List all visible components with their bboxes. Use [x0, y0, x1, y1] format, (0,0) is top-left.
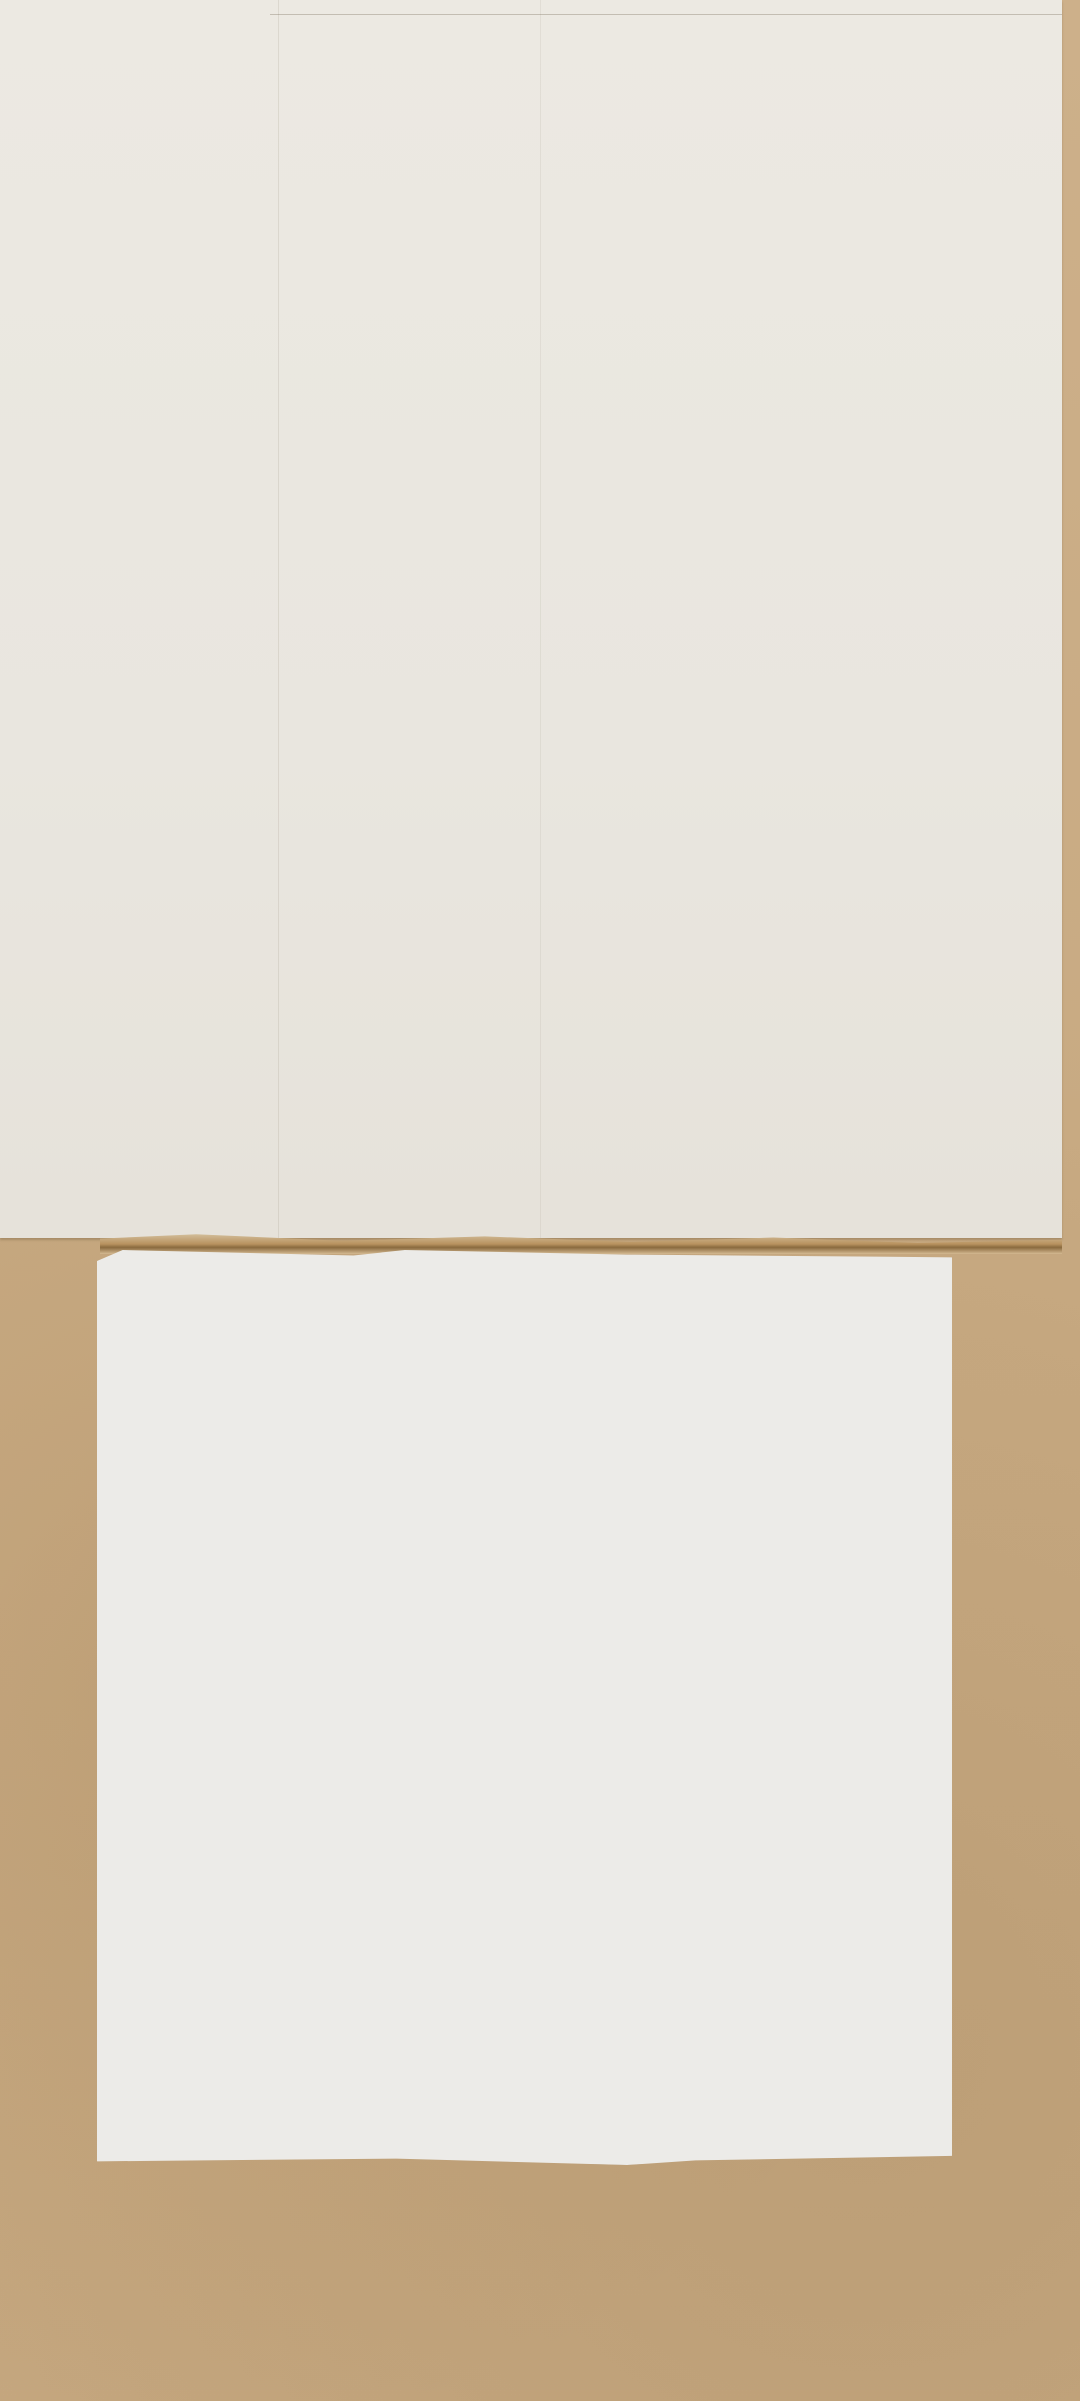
- torn-paper-edge: [100, 1232, 1062, 1254]
- paper-fold-line: [540, 0, 541, 1238]
- paper-overlap-edge: [270, 14, 1062, 15]
- paper-fold-line: [278, 0, 279, 1238]
- upper-manuscript-sheet: [0, 0, 1062, 1238]
- lined-letter-sheet: [97, 1250, 952, 2165]
